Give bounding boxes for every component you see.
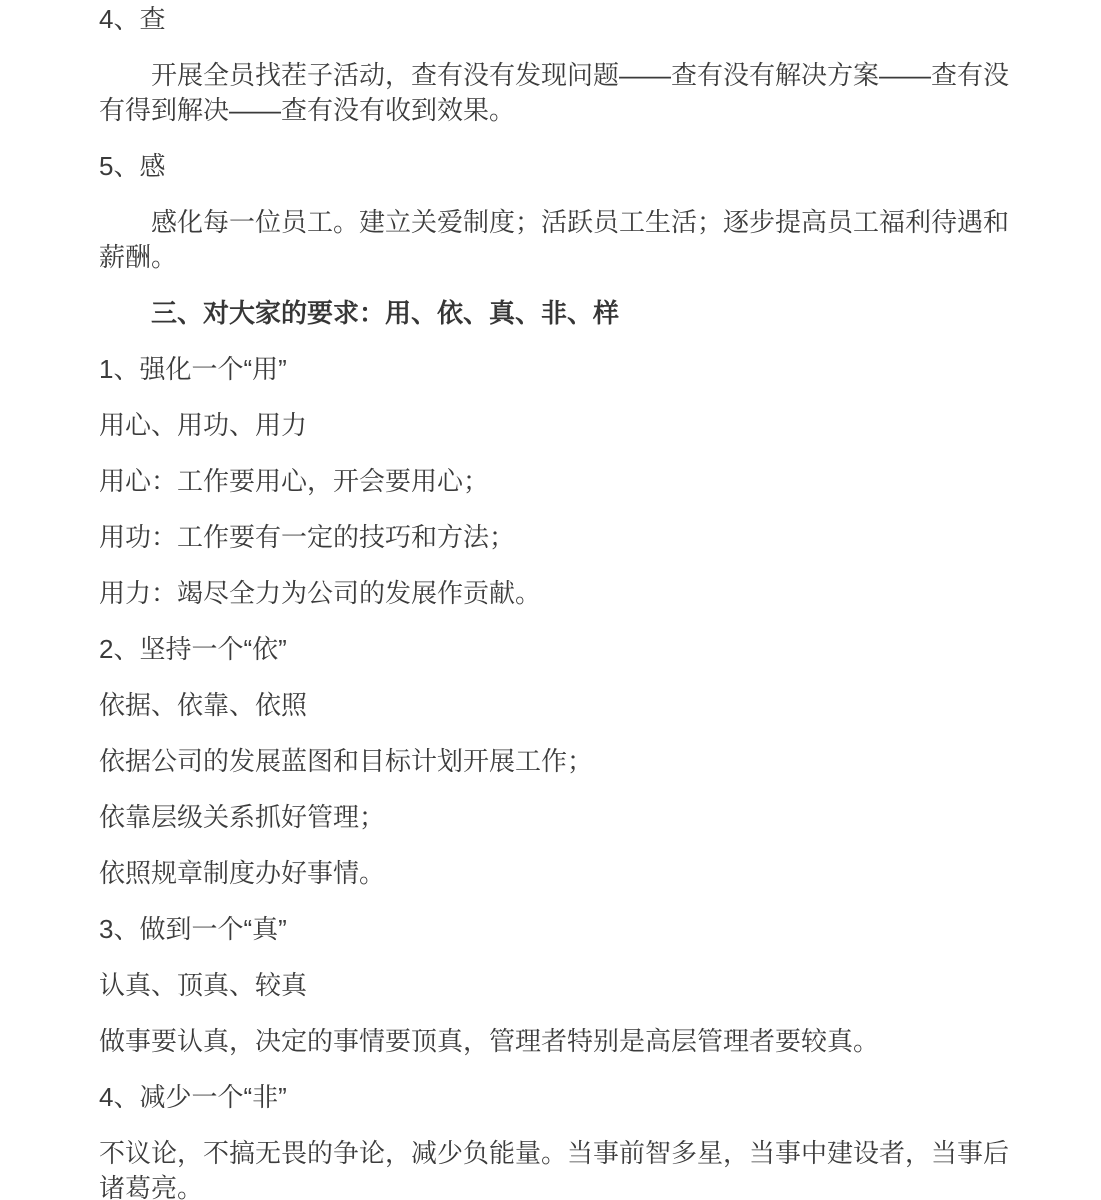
text-line: 依据公司的发展蓝图和目标计划开展工作； [99, 744, 1011, 779]
text-line: 认真、顶真、较真 [99, 968, 1011, 1003]
text-line: 4、减少一个“非” [99, 1080, 1011, 1115]
section-heading: 三、对大家的要求：用、依、真、非、样 [99, 296, 1011, 331]
indented-paragraph: 感化每一位员工。建立关爱制度；活跃员工生活；逐步提高员工福利待遇和薪酬。 [99, 205, 1011, 275]
text-line: 5、感 [99, 149, 1011, 184]
text-line: 做事要认真，决定的事情要顶真，管理者特别是高层管理者要较真。 [99, 1024, 1011, 1059]
text-line: 用心、用功、用力 [99, 408, 1011, 443]
text-line: 用功：工作要有一定的技巧和方法； [99, 520, 1011, 555]
text-line: 用力：竭尽全力为公司的发展作贡献。 [99, 576, 1011, 611]
text-line: 依靠层级关系抓好管理； [99, 800, 1011, 835]
indented-paragraph: 开展全员找茬子活动，查有没有发现问题——查有没有解决方案——查有没有得到解决——… [99, 58, 1011, 128]
text-line: 4、查 [99, 2, 1011, 37]
document-body: 4、查开展全员找茬子活动，查有没有发现问题——查有没有解决方案——查有没有得到解… [99, 2, 1011, 1200]
text-line: 用心：工作要用心，开会要用心； [99, 464, 1011, 499]
text-line: 1、强化一个“用” [99, 352, 1011, 387]
document-page: 4、查开展全员找茬子活动，查有没有发现问题——查有没有解决方案——查有没有得到解… [0, 0, 1101, 1200]
text-line: 依照规章制度办好事情。 [99, 856, 1011, 891]
text-line: 依据、依靠、依照 [99, 688, 1011, 723]
text-line: 2、坚持一个“依” [99, 632, 1011, 667]
text-line: 3、做到一个“真” [99, 912, 1011, 947]
body-paragraph: 不议论，不搞无畏的争论，减少负能量。当事前智多星，当事中建设者，当事后诸葛亮。 [99, 1136, 1011, 1200]
